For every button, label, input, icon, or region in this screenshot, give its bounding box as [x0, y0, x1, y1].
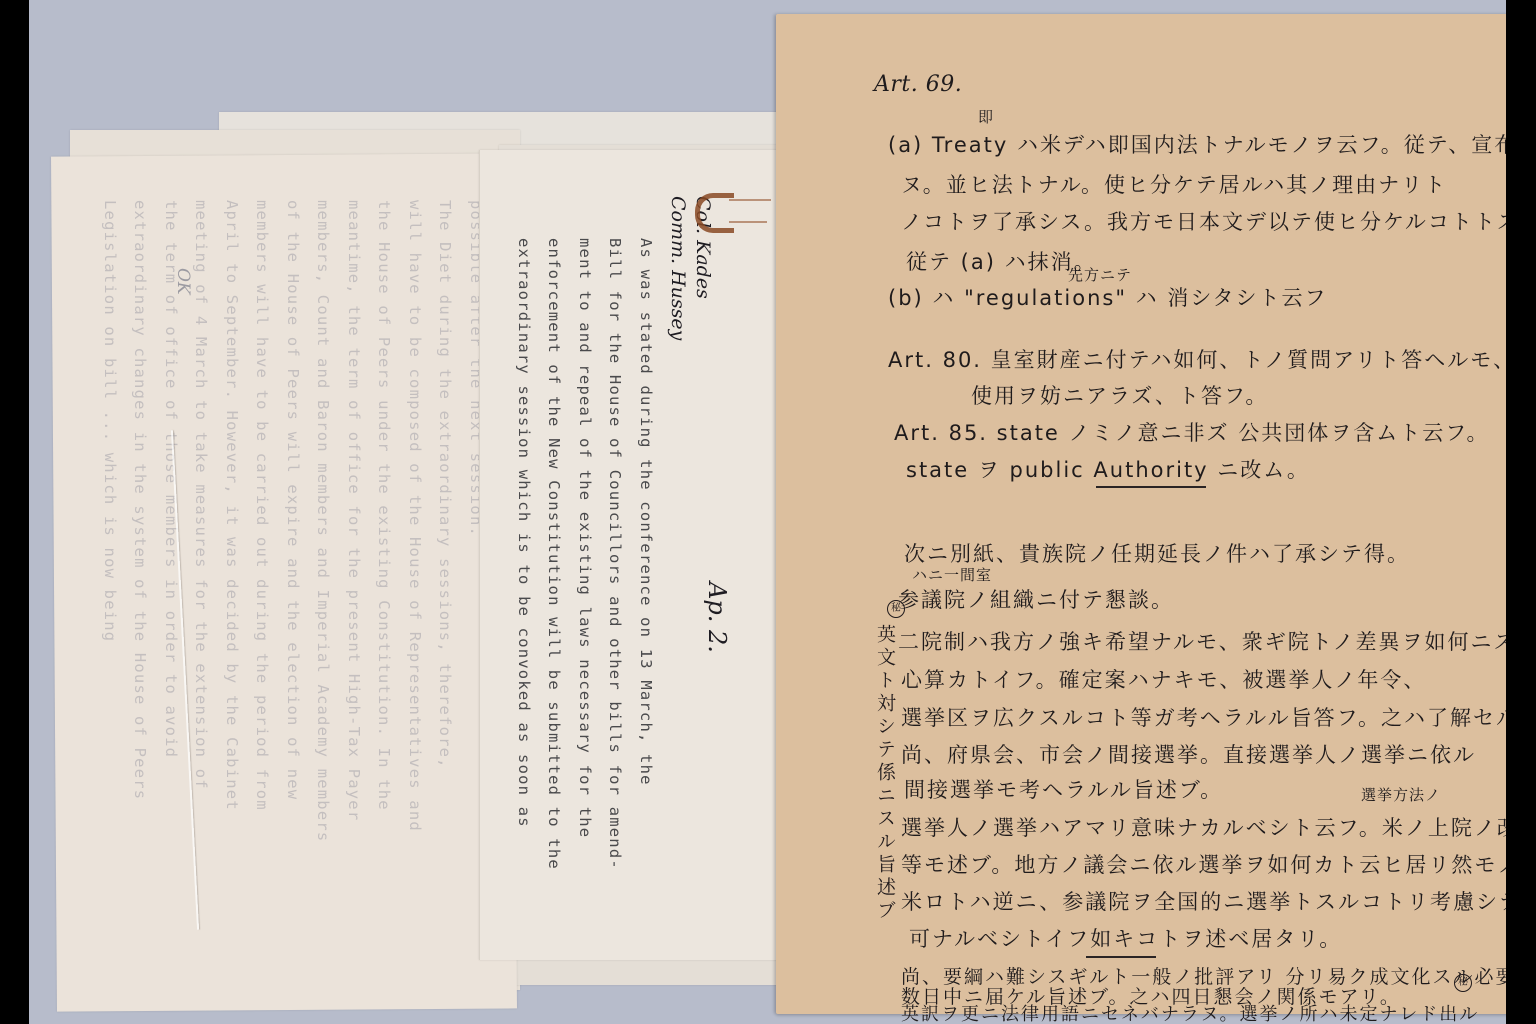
- note-line: 米ロトハ逆ニ、参議院ヲ全国的ニ選挙トスルコトリ考慮シテモ: [901, 886, 1506, 916]
- note-line: 二院制ハ我方ノ強キ希望ナルモ、衆ギ院トノ差異ヲ如何ニスル: [898, 626, 1506, 656]
- letterbox-left: [0, 0, 29, 1024]
- section-divider: [1096, 486, 1206, 488]
- bleed-line: Legislation on bill ... which is now bei…: [95, 200, 126, 842]
- memo-line: Bill for the House of Councillors and ot…: [600, 238, 631, 870]
- rust-stain-tail: [729, 199, 771, 201]
- underline: [1086, 956, 1156, 958]
- note-line: state ヲ public Authority ニ改ム。: [906, 454, 1310, 484]
- page-mark: Ap. 2.: [703, 582, 731, 653]
- bleed-line: members will have to be carried out duri…: [247, 200, 278, 842]
- bleed-line: will have to be composed of the House of…: [400, 200, 431, 842]
- memo-line: extraordinary session which is to be con…: [509, 238, 540, 870]
- memo-line: enforcement of the New Constitution will…: [539, 238, 570, 870]
- note-line: 等モ述ブ。地方ノ議会ニ依ル選挙ヲ如何カト云ヒ居リ然モノノ如シ: [901, 849, 1506, 879]
- bleed-line: the term of office of those members in o…: [156, 200, 187, 842]
- memo-line: As was stated during the conference on 1…: [631, 238, 662, 870]
- note-line: ヌ。並ヒ法トナル。使ヒ分ケテ居ルハ其ノ理由ナリト: [901, 169, 1447, 199]
- note-line: (a) Treaty ハ米デハ即国内法トナルモノヲ云フ。従テ、宣布ヲ要シ: [888, 129, 1506, 159]
- note-line: 尚、府県会、市会ノ間接選挙。直接選挙人ノ選挙ニ依ル: [901, 739, 1476, 769]
- confidential-seal-icon: 秘: [1454, 974, 1472, 992]
- note-line: (b) ハ "regulations" ハ 消シタシト云フ: [888, 282, 1328, 312]
- article-80-line: Art. 80. 皇室財産ニ付テハ如何、トノ質問アリト答ヘルモ、之ハ: [888, 344, 1506, 374]
- bleed-through-text: possible after the next session. The Die…: [95, 200, 492, 842]
- article-69-heading: Art. 69.: [874, 72, 962, 97]
- bleed-line: of the House of Peers will expire and th…: [278, 200, 309, 842]
- insertion-mark: ハニ一間室: [912, 564, 992, 585]
- article-85-line: Art. 85. state ノミノ意ニ非ズ 公共団体ヲ含ムト云フ。: [894, 417, 1490, 447]
- margin-note-vertical: 英文ト対シテ係ニスル旨述ブ: [872, 624, 899, 923]
- bleed-line: The Diet during the extraordinary sessio…: [430, 200, 461, 842]
- note-line: 英訳ヲ更ニ法律用語ニセネバナラヌ。選挙ノ所ハ未定ナレド出ル: [901, 1000, 1479, 1024]
- letterbox-right: [1506, 0, 1536, 1024]
- pencil-ok-mark: OK: [173, 268, 193, 295]
- bleed-line: meeting of 4 March to take measures for …: [186, 200, 217, 842]
- bleed-line: the House of Peers under the existing Co…: [369, 200, 400, 842]
- recipient-annotation-2: Comm. Hussey: [667, 196, 689, 340]
- note-line: 参議院ノ組織ニ付テ懇談。: [898, 584, 1174, 614]
- note-line: 心算カトイフ。確定案ハナキモ、被選挙人ノ年令、: [901, 664, 1426, 694]
- rust-stain-tail: [729, 221, 767, 223]
- photo-background: possible after the next session. The Die…: [29, 0, 1506, 1024]
- handwritten-note-sheet: Art. 69. 即 (a) Treaty ハ米デハ即国内法トナルモノヲ云フ。従…: [776, 14, 1506, 1014]
- insertion-mark: 即: [978, 106, 994, 127]
- typed-memo-body: As was stated during the conference on 1…: [509, 238, 662, 870]
- memo-line: ment to and repeal of the existing laws …: [570, 238, 601, 870]
- bleed-line: April to September. However, it was deci…: [217, 200, 248, 842]
- bleed-line: members, Count and Baron members and Imp…: [308, 200, 339, 842]
- note-line: 可ナルベシトイフ如キコトヲ述ベ居タリ。: [909, 923, 1342, 953]
- insertion-mark: 選挙方法ノ: [1361, 784, 1441, 805]
- confidential-seal-icon: 秘: [887, 600, 905, 618]
- note-line: 選挙区ヲ広クスルコト等ガ考ヘラルル旨答フ。之ハ了解セルモノノ如シ: [901, 702, 1506, 732]
- note-line: 使用ヲ妨ニアラズ、ト答フ。: [971, 380, 1268, 410]
- bleed-line: meantime, the term of office for the pre…: [339, 200, 370, 842]
- note-line: ノコトヲ了承シス。我方モ日本文デ以テ使ヒ分ケルコトトス。: [901, 206, 1506, 236]
- bleed-line: extraordinary changes in the system of t…: [125, 200, 156, 842]
- note-line: 間接選挙モ考ヘラルル旨述ブ。: [904, 774, 1223, 804]
- note-line: 選挙人ノ選挙ハアマリ意味ナカルベシト云フ。米ノ上院ノ改選: [901, 812, 1506, 842]
